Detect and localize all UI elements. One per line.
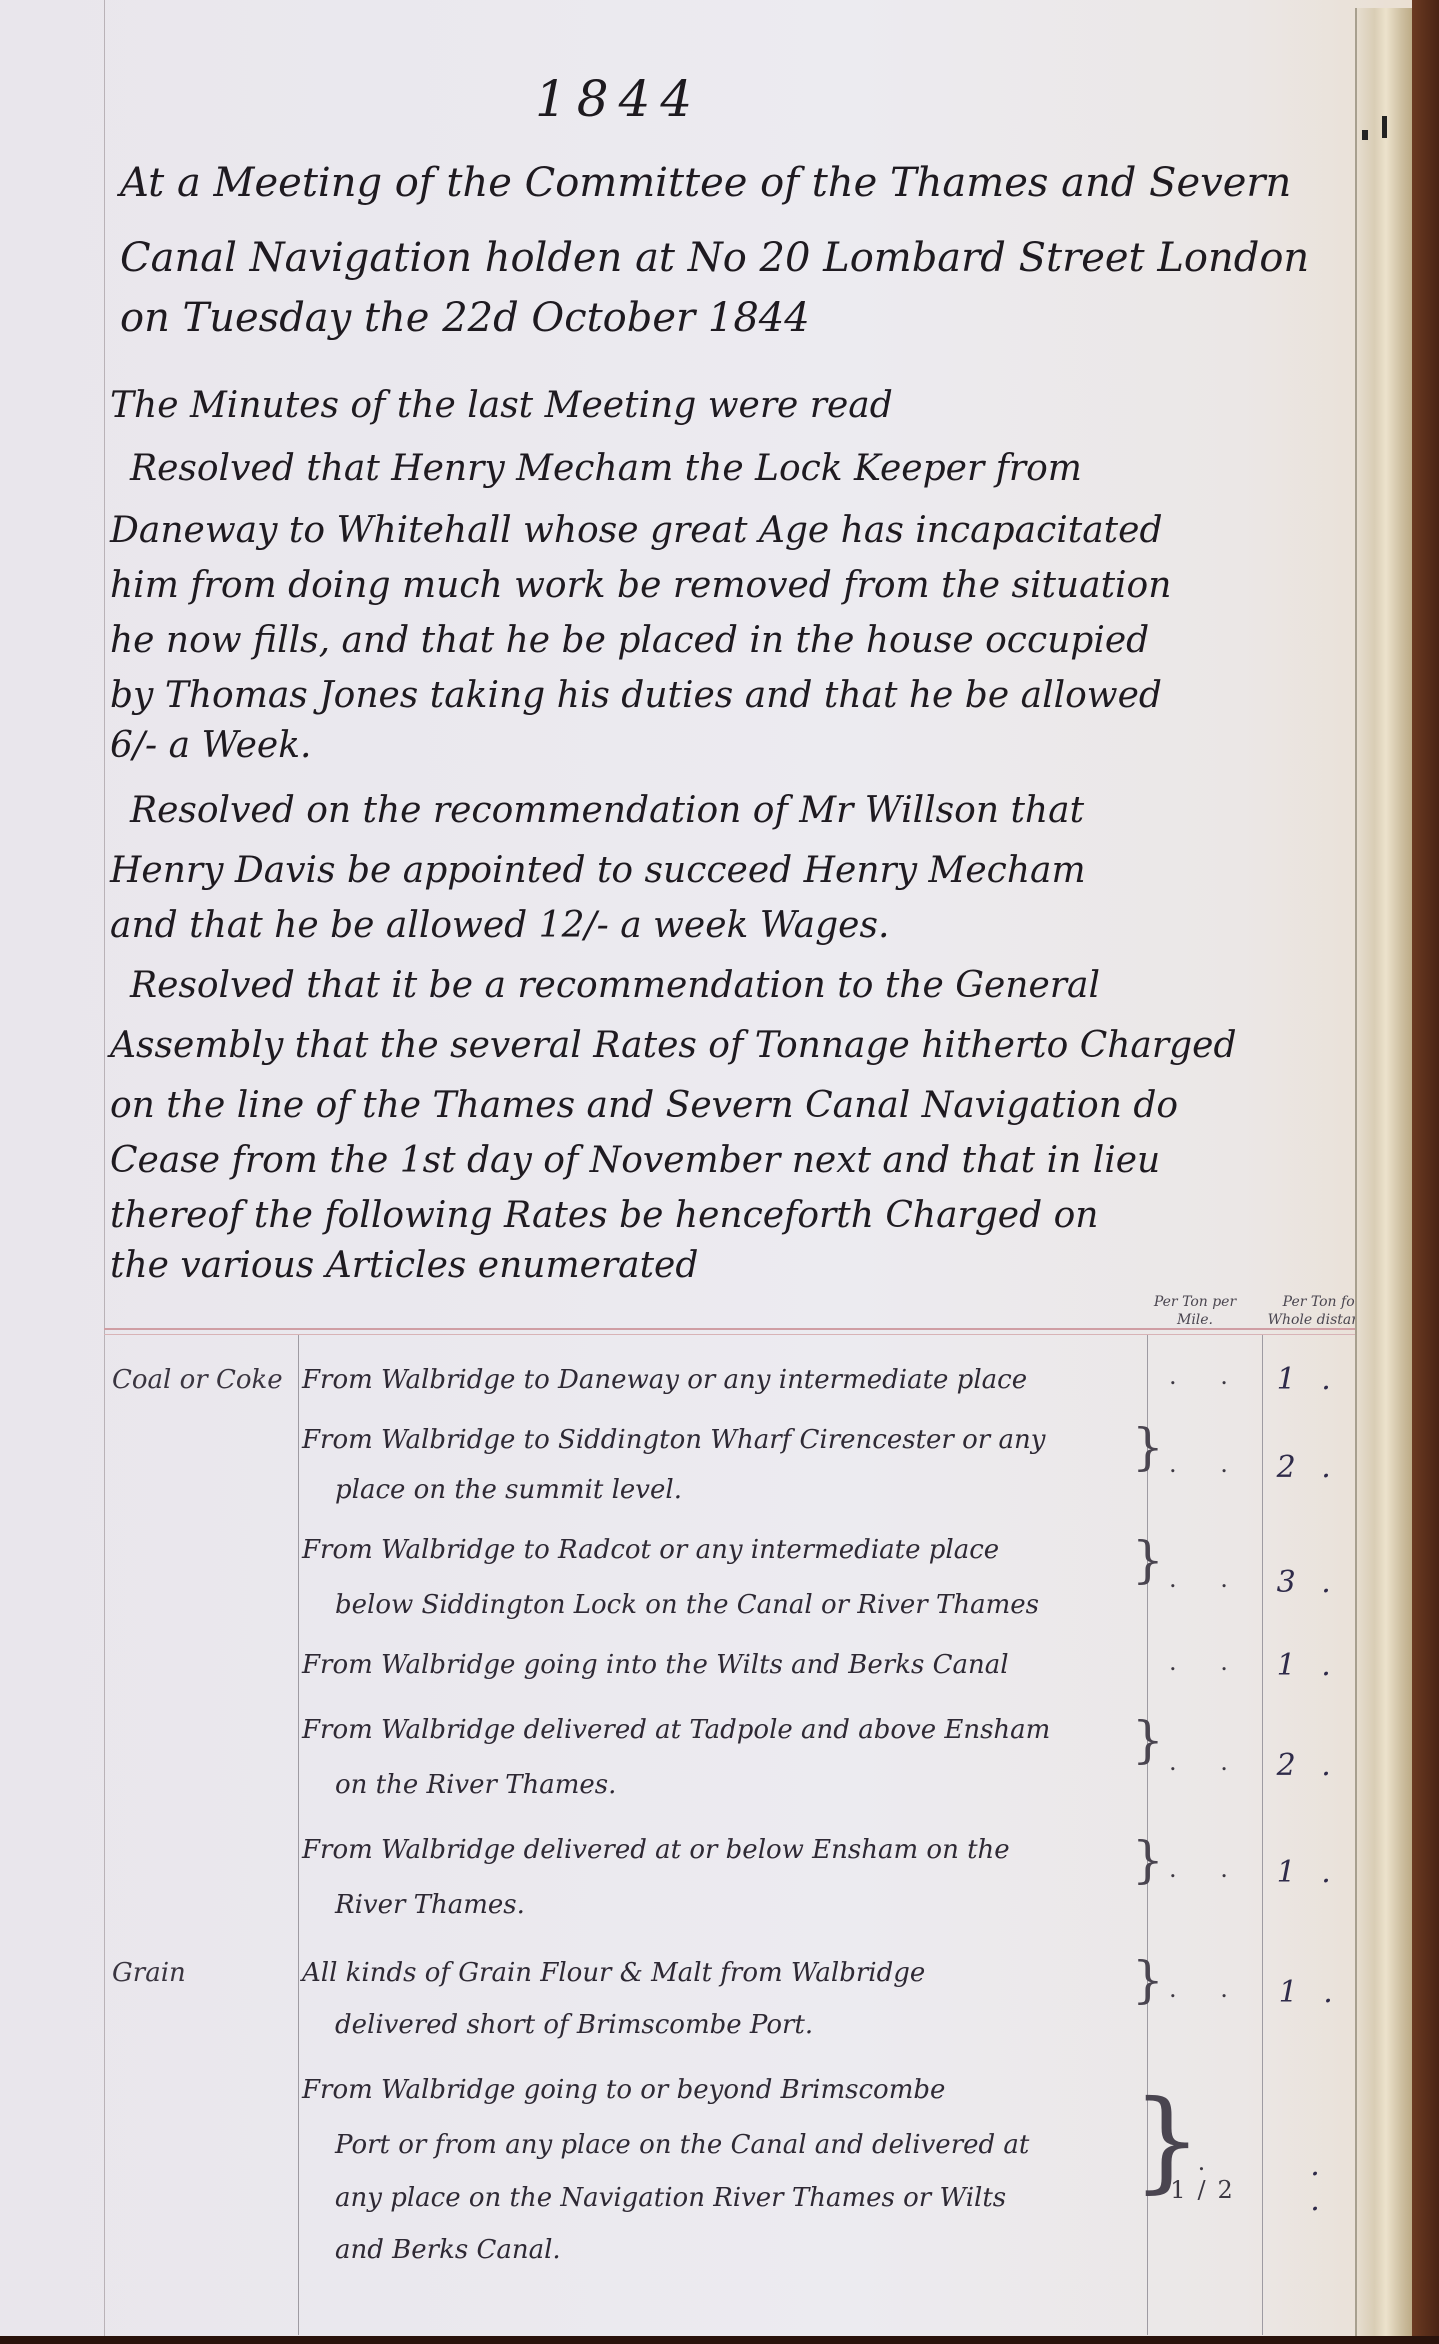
book-binding [1412,0,1439,2344]
resolution-1-line-3: him from doing much work be removed from… [110,565,1171,606]
ledger-page: 1844 At a Meeting of the Committee of th… [0,0,1412,2336]
left-margin-rule [104,0,105,2336]
resolution-1-line-6: 6/- a Week. [110,725,311,766]
resolution-1-line-2: Daneway to Whitehall whose great Age has… [110,510,1163,551]
row-per-mile: . 1/2 [1160,2148,1255,2204]
resolution-2-line-1: Resolved on the recommendation of Mr Wil… [130,790,1084,831]
row-description-cont: Port or from any place on the Canal and … [335,2130,1029,2160]
page-stack-edge [1355,8,1415,2336]
row-category: Coal or Coke [112,1365,283,1395]
row-description-cont: on the River Thames. [335,1770,616,1800]
col-header-per-mile: Per Ton per Mile. [1140,1293,1250,1329]
row-description-cont: any place on the Navigation River Thames… [335,2183,1006,2213]
row-description: From Walbridge to Daneway or any interme… [302,1365,1027,1395]
ink-mark-icon [1362,130,1368,140]
resolution-1-line-5: by Thomas Jones taking his duties and th… [110,675,1162,716]
row-per-mile: . . [1160,1565,1255,1593]
row-description: From Walbridge going to or beyond Brimsc… [302,2075,945,2105]
heading-line-2: Canal Navigation holden at No 20 Lombard… [120,235,1309,281]
resolution-3-line-6: the various Articles enumerated [110,1245,698,1286]
row-description: From Walbridge to Siddington Wharf Ciren… [302,1425,1045,1455]
row-description-cont: and Berks Canal. [335,2235,561,2265]
table-header-rule-secondary [104,1334,1384,1335]
row-description: From Walbridge delivered at Tadpole and … [302,1715,1050,1745]
row-per-mile: . . [1160,1748,1255,1776]
resolution-3-line-1: Resolved that it be a recommendation to … [130,965,1100,1006]
book-bottom-edge [0,2336,1439,2344]
row-description-cont: below Siddington Lock on the Canal or Ri… [335,1590,1039,1620]
row-description-cont: River Thames. [335,1890,525,1920]
ink-mark-icon [1382,116,1387,138]
resolution-3-line-3: on the line of the Thames and Severn Can… [110,1085,1178,1126]
column-divider-whole [1262,1335,1263,2335]
row-per-mile: . . [1160,1855,1255,1883]
row-description: From Walbridge going into the Wilts and … [302,1650,1009,1680]
minutes-line: The Minutes of the last Meeting were rea… [110,385,893,426]
row-description: All kinds of Grain Flour & Malt from Wal… [302,1958,925,1988]
resolution-3-line-4: Cease from the 1st day of November next … [110,1140,1160,1181]
row-per-mile: . . [1160,1975,1255,2003]
row-description: From Walbridge delivered at or below Ens… [302,1835,1010,1865]
column-divider-category [298,1335,299,2335]
row-description-cont: place on the summit level. [335,1475,682,1505]
row-per-mile: . . [1160,1450,1255,1478]
row-description-cont: delivered short of Brimscombe Port. [335,2010,813,2040]
table-header-rule [104,1328,1384,1330]
heading-line-1: At a Meeting of the Committee of the Tha… [120,160,1291,206]
row-per-mile: . . [1160,1648,1255,1676]
resolution-1-line-4: he now fills, and that he be placed in t… [110,620,1149,661]
resolution-2-line-3: and that he be allowed 12/- a week Wages… [110,905,889,946]
resolution-3-line-2: Assembly that the several Rates of Tonna… [110,1025,1237,1066]
row-description: From Walbridge to Radcot or any intermed… [302,1535,999,1565]
page-year: 1844 [535,70,702,128]
heading-line-3: on Tuesday the 22d October 1844 [120,295,810,341]
row-per-mile: . . [1160,1362,1255,1390]
resolution-2-line-2: Henry Davis be appointed to succeed Henr… [110,850,1086,891]
row-category: Grain [112,1958,186,1988]
resolution-1-line-1: Resolved that Henry Mecham the Lock Keep… [130,448,1082,489]
resolution-3-line-5: thereof the following Rates be hencefort… [110,1195,1098,1236]
